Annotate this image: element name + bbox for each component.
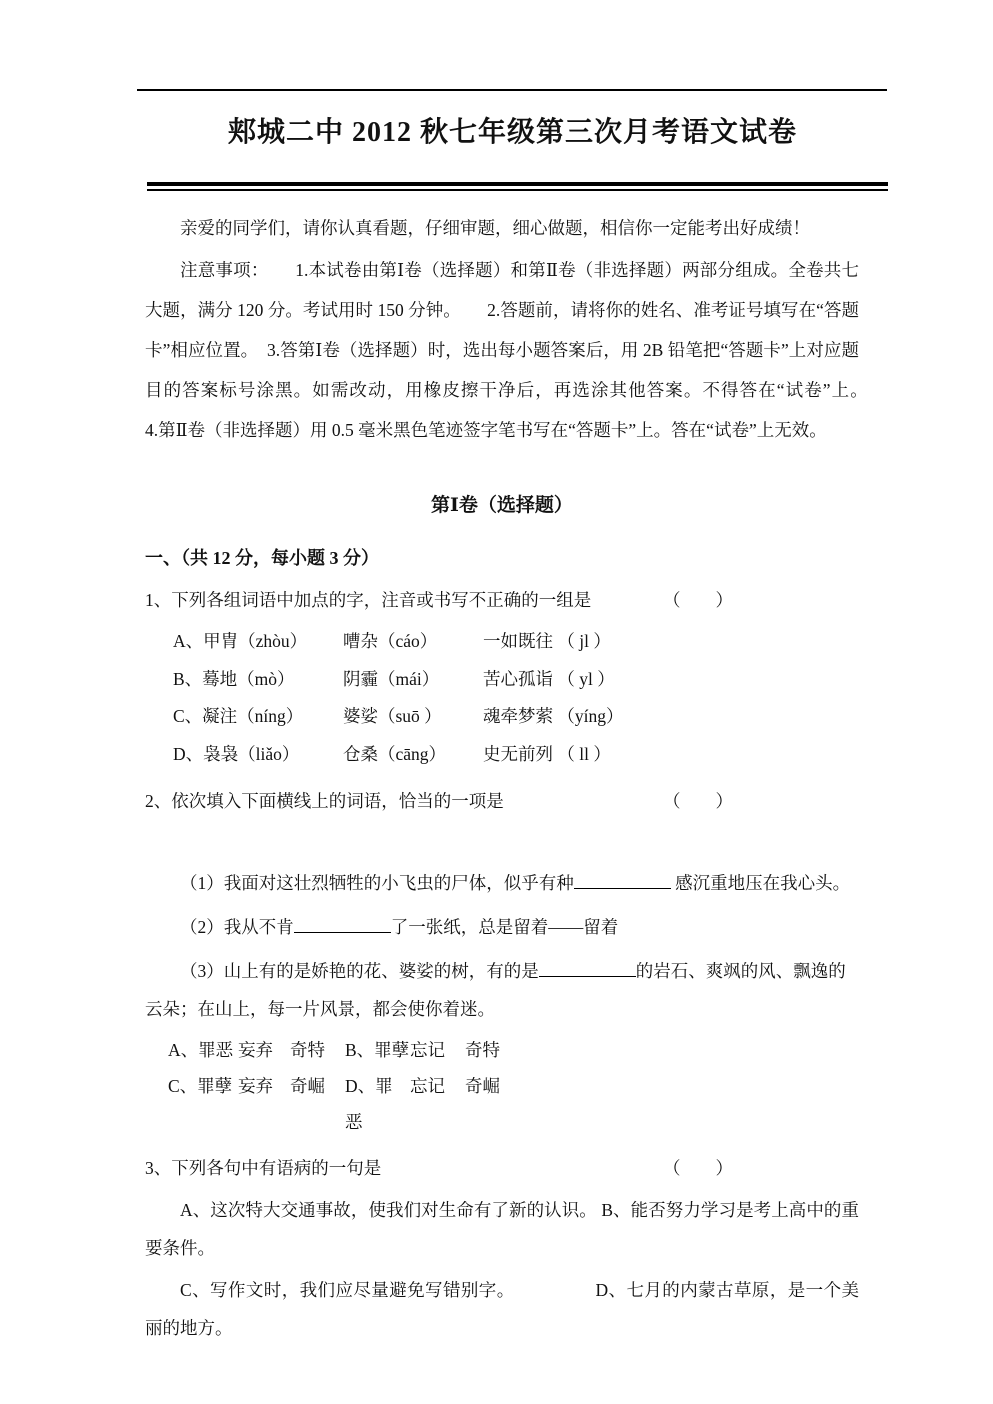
- option-word: 阴霾（mái）: [343, 661, 483, 699]
- sentence-text: （1）我面对这壮烈牺牲的小飞虫的尸体，似乎有种: [180, 873, 574, 893]
- option-word: 忘记: [410, 1032, 465, 1068]
- question-2-sentence-1: （1）我面对这壮烈牺牲的小飞虫的尸体，似乎有种 感沉重地压在我心头。: [145, 864, 859, 902]
- option-word: D、袅袅（liǎo）: [173, 736, 343, 774]
- option-word: 奇崛: [290, 1068, 345, 1140]
- question-1-option-a: A、甲胄（zhòu） 嘈杂（cáo） 一如既往 （ jl ）: [145, 623, 859, 661]
- option-word: 忘记: [410, 1068, 465, 1140]
- greeting-text: 亲爱的同学们，请你认真看题，仔细审题，细心做题，相信你一定能考出好成绩！: [145, 208, 859, 248]
- page-title: 郏城二中 2012 秋七年级第三次月考语文试卷: [140, 110, 885, 156]
- question-2-sentence-2: （2）我从不肯了一张纸，总是留着——留着: [145, 908, 859, 946]
- option-word: 妄弃: [238, 1032, 290, 1068]
- top-rule: [137, 89, 887, 91]
- option-word: A、罪恶: [168, 1032, 238, 1068]
- sentence-text: 感沉重地压在我心头。: [671, 873, 850, 893]
- option-word: B、罪孽: [345, 1032, 410, 1068]
- section-1-title: 第Ⅰ卷（选择题）: [145, 492, 859, 520]
- question-1-option-b: B、蓦地（mò） 阴霾（mái） 苦心孤诣 （ yl ）: [145, 661, 859, 699]
- option-word: 史无前列 （ ll ）: [483, 736, 859, 774]
- title-divider-thin-line: [147, 189, 888, 191]
- exam-body: 亲爱的同学们，请你认真看题，仔细审题，细心做题，相信你一定能考出好成绩！ 注意事…: [145, 200, 859, 1347]
- question-1-options: A、甲胄（zhòu） 嘈杂（cáo） 一如既往 （ jl ） B、蓦地（mò） …: [145, 623, 859, 773]
- option-word: C、凝注（níng）: [173, 698, 343, 736]
- option-word: 妄弃: [238, 1068, 290, 1140]
- blank-line: [574, 873, 671, 889]
- question-1-text: 1、下列各组词语中加点的字，注音或书写不正确的一组是: [145, 590, 591, 610]
- sentence-text: 了一张纸，总是留着——留着: [391, 917, 619, 937]
- option-word: 奇特: [290, 1032, 345, 1068]
- blank-line: [294, 917, 391, 933]
- notice-text: 注意事项： 1.本试卷由第Ⅰ卷（选择题）和第Ⅱ卷（非选择题）两部分组成。全卷共七…: [145, 250, 859, 450]
- option-word: 奇崛: [465, 1068, 859, 1140]
- option-word: 仓桑（cāng）: [343, 736, 483, 774]
- sentence-text: （3）山上有的是娇艳的花、婆娑的树，有的是: [180, 961, 539, 981]
- question-2-answer-brackets: （ ）: [663, 783, 733, 820]
- question-1-option-d: D、袅袅（liǎo） 仓桑（cāng） 史无前列 （ ll ）: [145, 736, 859, 774]
- option-word: D、罪恶: [345, 1068, 410, 1140]
- question-2-stem: 2、依次填入下面横线上的词语，恰当的一项是 （ ）: [145, 783, 859, 820]
- question-3-options-cd: C、写作文时，我们应尽量避免写错别字。 D、七月的内蒙古草原，是一个美丽的地方。: [145, 1272, 859, 1347]
- option-word: 一如既往 （ jl ）: [483, 623, 859, 661]
- option-word: 奇特: [465, 1032, 859, 1068]
- option-word: 嘈杂（cáo）: [343, 623, 483, 661]
- part-1-heading: 一、（共 12 分，每小题 3 分）: [145, 544, 859, 572]
- question-2-option-row-cd: C、罪孽 妄弃 奇崛 D、罪恶 忘记 奇崛: [145, 1068, 859, 1140]
- option-word: C、罪孽: [168, 1068, 238, 1140]
- question-2-sentence-3: （3）山上有的是娇艳的花、婆娑的树，有的是的岩石、爽飒的风、飘逸的云朵；在山上，…: [145, 952, 859, 1028]
- question-2-text: 2、依次填入下面横线上的词语，恰当的一项是: [145, 791, 504, 811]
- question-3-stem: 3、下列各句中有语病的一句是 （ ）: [145, 1150, 859, 1187]
- sentence-text: （2）我从不肯: [180, 917, 294, 937]
- question-2-option-row-ab: A、罪恶 妄弃 奇特 B、罪孽 忘记 奇特: [145, 1032, 859, 1068]
- question-3-text: 3、下列各句中有语病的一句是: [145, 1158, 381, 1178]
- question-1-answer-brackets: （ ）: [663, 582, 733, 619]
- option-word: 魂牵梦萦 （yíng）: [483, 698, 859, 736]
- title-divider-thick-line: [147, 182, 888, 186]
- option-word: B、蓦地（mò）: [173, 661, 343, 699]
- question-2-options: A、罪恶 妄弃 奇特 B、罪孽 忘记 奇特 C、罪孽 妄弃 奇崛 D、罪恶 忘记…: [145, 1032, 859, 1140]
- question-3-answer-brackets: （ ）: [663, 1150, 733, 1187]
- option-word: 苦心孤诣 （ yl ）: [483, 661, 859, 699]
- question-1-option-c: C、凝注（níng） 婆娑（suō ） 魂牵梦萦 （yíng）: [145, 698, 859, 736]
- question-1-stem: 1、下列各组词语中加点的字，注音或书写不正确的一组是 （ ）: [145, 582, 859, 619]
- title-divider: [147, 182, 888, 191]
- option-word: A、甲胄（zhòu）: [173, 623, 343, 661]
- option-word: 婆娑（suō ）: [343, 698, 483, 736]
- blank-line: [539, 961, 636, 977]
- question-3-options-ab: A、这次特大交通事故，使我们对生命有了新的认识。 B、能否努力学习是考上高中的重…: [145, 1192, 859, 1267]
